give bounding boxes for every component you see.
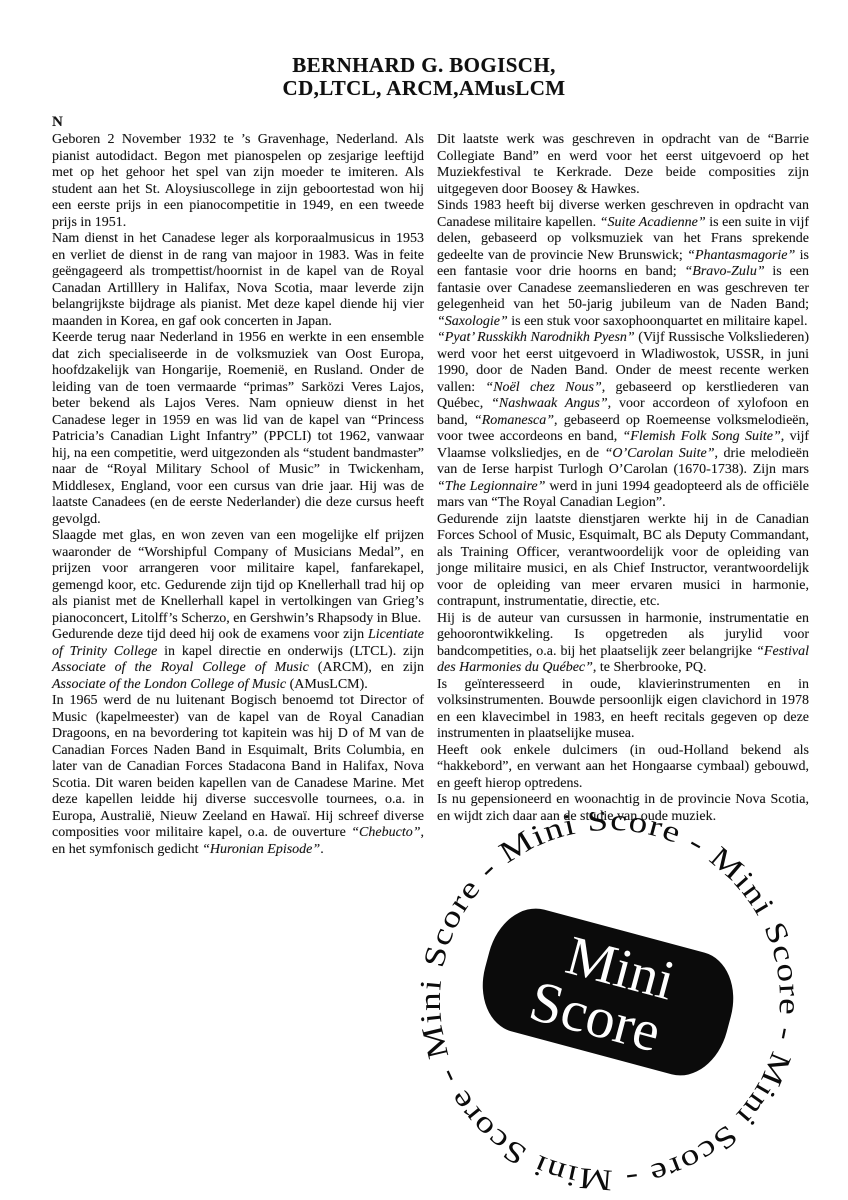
text-segment: “The Legionnaire” (437, 479, 545, 494)
text-segment: Associate of the Royal College of Music (52, 660, 309, 675)
scanned-document-page: BERNHARD G. BOGISCH, CD,LTCL, ARCM,AMusL… (0, 0, 848, 1200)
paragraph: Gedurende zijn laatste dienstjaren werkt… (437, 512, 809, 611)
text-segment: Associate of the London College of Music (52, 677, 286, 692)
text-segment: Slaagde met glas, en won zeven van een m… (52, 528, 424, 626)
text-segment: In 1965 werd de nu luitenant Bogisch ben… (52, 693, 424, 840)
page-title: BERNHARD G. BOGISCH, CD,LTCL, ARCM,AMusL… (0, 54, 848, 100)
text-segment: “Saxologie” (437, 314, 508, 329)
page-title-line-1: BERNHARD G. BOGISCH, (0, 54, 848, 77)
text-segment: “Chebucto” (351, 825, 420, 840)
watermark-stamp-line-1: Mini (560, 924, 681, 1012)
text-segment: Is geïnteresseerd in oude, klavierinstru… (437, 677, 809, 742)
text-segment: Heeft ook enkele dulcimers (in oud-Holla… (437, 743, 809, 791)
paragraph: Heeft ook enkele dulcimers (in oud-Holla… (437, 743, 809, 793)
paragraph: Keerde terug naar Nederland in 1956 en w… (52, 330, 424, 528)
paragraph: Is nu gepensioneerd en woonachtig in de … (437, 792, 809, 825)
text-segment: is een stuk voor saxophoonquartet en mil… (508, 314, 808, 329)
paragraph: “Pyat’ Russkikh Narodnikh Pyesn” (Vijf R… (437, 330, 809, 512)
paragraph: Sinds 1983 heeft bij diverse werken gesc… (437, 198, 809, 330)
text-segment: “Huronian Episode” (202, 842, 320, 857)
paragraph: Hij is de auteur van cursussen in harmon… (437, 611, 809, 677)
text-segment: (ARCM), en zijn (309, 660, 424, 675)
paragraph: Nam dienst in het Canadese leger als kor… (52, 231, 424, 330)
mini-score-watermark-svg: core - Mini Score - Mini Score - Mini Sc… (400, 812, 830, 1200)
paragraph: Geboren 2 November 1932 te ’s Gravenhage… (52, 132, 424, 231)
paragraph: Is geïnteresseerd in oude, klavierinstru… (437, 677, 809, 743)
right-column-paragraphs: Dit laatste werk was geschreven in opdra… (437, 132, 809, 825)
text-segment: “Pyat’ Russkikh Narodnikh Pyesn” (437, 330, 635, 345)
mini-score-watermark: core - Mini Score - Mini Score - Mini Sc… (400, 812, 830, 1200)
page-title-line-2: CD,LTCL, ARCM,AMusLCM (0, 77, 848, 100)
text-segment: “O’Carolan Suite” (605, 446, 715, 461)
right-column: Dit laatste werk was geschreven in opdra… (437, 112, 809, 858)
text-segment: . (320, 842, 324, 857)
paragraph: Gedurende deze tijd deed hij ook de exam… (52, 627, 424, 693)
left-column-paragraphs: Geboren 2 November 1932 te ’s Gravenhage… (52, 132, 424, 858)
paragraph: In 1965 werd de nu luitenant Bogisch ben… (52, 693, 424, 858)
watermark-ring-text: core - Mini Score - Mini Score - Mini Sc… (414, 812, 806, 1197)
watermark-ring-text-holder: core - Mini Score - Mini Score - Mini Sc… (414, 812, 806, 1197)
text-segment: Dit laatste werk was geschreven in opdra… (437, 132, 809, 197)
text-segment: “Flemish Folk Song Suite” (623, 429, 781, 444)
text-segment: “Romanesca” (474, 413, 554, 428)
document-body: N Geboren 2 November 1932 te ’s Gravenha… (52, 112, 809, 858)
text-segment: “Suite Acadienne” (600, 215, 706, 230)
text-segment: Keerde terug naar Nederland in 1956 en w… (52, 330, 424, 527)
section-lead: N (52, 112, 424, 132)
text-segment: “Phantasmagorie” (687, 248, 795, 263)
text-segment: Nam dienst in het Canadese leger als kor… (52, 231, 424, 329)
paragraph: Dit laatste werk was geschreven in opdra… (437, 132, 809, 198)
left-column: N Geboren 2 November 1932 te ’s Gravenha… (52, 112, 424, 858)
text-segment: Gedurende deze tijd deed hij ook de exam… (52, 627, 368, 642)
text-segment: , te Sherbrooke, PQ. (593, 660, 707, 675)
watermark-stamp-line-2: Score (523, 968, 667, 1065)
text-segment: Is nu gepensioneerd en woonachtig in de … (437, 792, 809, 824)
paragraph: Slaagde met glas, en won zeven van een m… (52, 528, 424, 627)
text-segment: Gedurende zijn laatste dienstjaren werkt… (437, 512, 809, 610)
text-segment: “Noël chez Nous” (485, 380, 601, 395)
watermark-stamp: Mini Score (471, 899, 745, 1085)
watermark-stamp-shape (471, 899, 745, 1085)
text-segment: (AMusLCM). (286, 677, 368, 692)
text-segment: in kapel directie en onderwijs (LTCL). z… (157, 644, 424, 659)
text-segment: Geboren 2 November 1932 te ’s Gravenhage… (52, 132, 424, 230)
text-segment: “Nashwaak Angus” (491, 396, 608, 411)
text-segment: “Bravo-Zulu” (684, 264, 764, 279)
text-segment: Hij is de auteur van cursussen in harmon… (437, 611, 809, 659)
